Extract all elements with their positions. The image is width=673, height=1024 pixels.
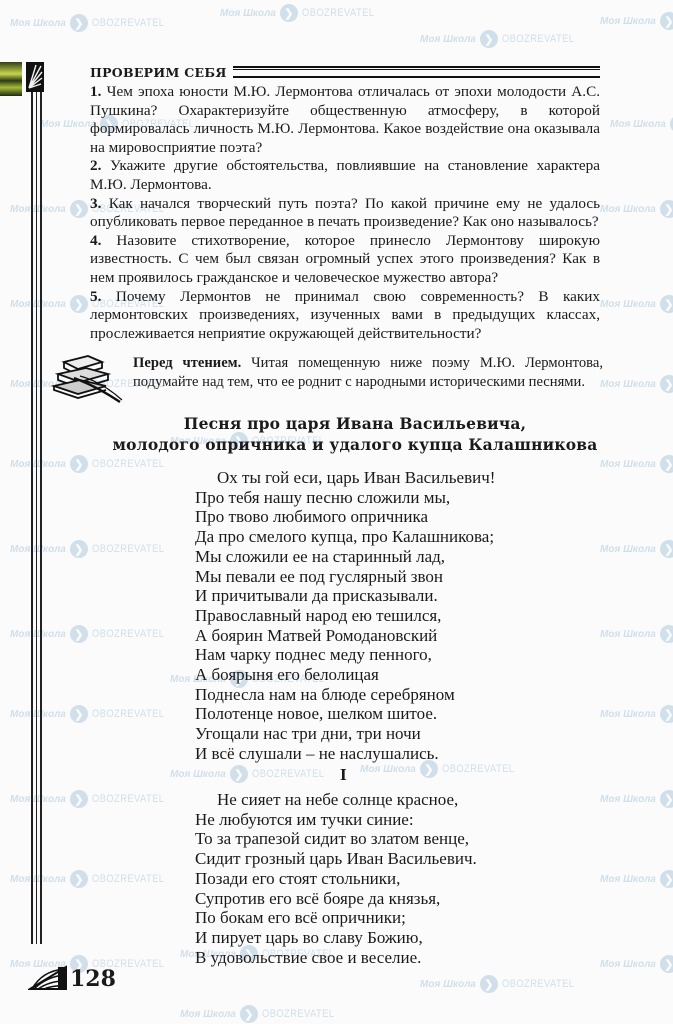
fan-ornament-bottom-icon — [28, 965, 68, 991]
watermark: Моя Школа❯OBOZREVATEL — [600, 295, 673, 313]
question-item: 4. Назовите стихотворение, которое прине… — [90, 232, 600, 288]
question-item: 2. Укажите другие обстоятельства, повлия… — [90, 157, 600, 194]
watermark-school-text: Моя Школа — [600, 204, 656, 215]
watermark-logo-icon: ❯ — [70, 790, 88, 808]
watermark-brand-text: OBOZREVATEL — [92, 873, 164, 885]
watermark-brand-text: OBOZREVATEL — [502, 33, 574, 45]
margin-rule — [40, 90, 42, 944]
green-margin-tab — [0, 62, 22, 96]
watermark: Моя Школа❯OBOZREVATEL — [10, 14, 177, 32]
watermark-brand-text: OBOZREVATEL — [92, 543, 164, 555]
poem-line: Мы певали ее под гуслярный звон — [195, 567, 495, 587]
watermark-school-text: Моя Школа — [600, 709, 656, 720]
watermark-school-text: Моя Школа — [610, 119, 666, 130]
watermark-logo-icon: ❯ — [70, 455, 88, 473]
watermark: Моя Школа❯OBOZREVATEL — [600, 540, 673, 558]
section-title: ПРОВЕРИМ СЕБЯ — [90, 65, 233, 80]
watermark-school-text: Моя Школа — [600, 629, 656, 640]
poem-line: Позади его стоят стольники, — [195, 869, 477, 889]
poem-line: По бокам его всё опричники; — [195, 908, 477, 928]
poem-line: Не сияет на небе солнце красное, — [195, 790, 477, 810]
watermark-brand-text: OBOZREVATEL — [92, 458, 164, 470]
watermark-logo-icon: ❯ — [70, 625, 88, 643]
watermark-school-text: Моя Школа — [10, 794, 66, 805]
poem-line: И пирует царь во славу Божию, — [195, 928, 477, 948]
watermark-logo-icon: ❯ — [660, 870, 673, 888]
watermark-school-text: Моя Школа — [220, 8, 276, 19]
books-quill-icon — [50, 352, 128, 404]
watermark: Моя Школа❯OBOZREVATEL — [600, 955, 673, 973]
margin-rule — [36, 90, 37, 944]
watermark-logo-icon: ❯ — [230, 765, 248, 783]
watermark-brand-text: OBOZREVATEL — [92, 17, 164, 29]
watermark: Моя Школа❯OBOZREVATEL — [170, 765, 337, 783]
poem-line: Поднесла нам на блюде серебряном — [195, 685, 495, 705]
poem-line: Нам чарку поднес меду пенного, — [195, 645, 495, 665]
watermark: Моя Школа❯OBOZREVATEL — [600, 870, 673, 888]
watermark-school-text: Моя Школа — [10, 18, 66, 29]
poem-line: Не любуются им тучки синие: — [195, 810, 477, 830]
poem-line: А боярин Матвей Ромодановский — [195, 626, 495, 646]
watermark-logo-icon: ❯ — [660, 625, 673, 643]
poem-line: И всё слушали – не наслушались. — [195, 744, 495, 764]
poem-line: Полотенце новое, шелком шитое. — [195, 704, 495, 724]
watermark-school-text: Моя Школа — [170, 769, 226, 780]
watermark-brand-text: OBOZREVATEL — [262, 1008, 334, 1020]
watermark-school-text: Моя Школа — [10, 874, 66, 885]
watermark-logo-icon: ❯ — [660, 790, 673, 808]
watermark-logo-icon: ❯ — [70, 870, 88, 888]
watermark-school-text: Моя Школа — [10, 709, 66, 720]
watermark-logo-icon: ❯ — [480, 975, 498, 993]
poem-line: В удовольствие свое и веселие. — [195, 948, 477, 968]
poem-line: Ох ты гой еси, царь Иван Васильевич! — [195, 468, 495, 488]
watermark-logo-icon: ❯ — [280, 4, 298, 22]
watermark-school-text: Моя Школа — [180, 1009, 236, 1020]
watermark-school-text: Моя Школа — [420, 34, 476, 45]
question-item: 5. Почему Лермонтов не принимал свою сов… — [90, 288, 600, 344]
watermark: Моя Школа❯OBOZREVATEL — [600, 12, 673, 30]
margin-rule — [31, 90, 33, 944]
watermark-brand-text: OBOZREVATEL — [92, 793, 164, 805]
watermark-school-text: Моя Школа — [600, 16, 656, 27]
question-item: 3. Как начался творческий путь поэта? По… — [90, 195, 600, 232]
watermark-school-text: Моя Школа — [10, 459, 66, 470]
poem-line: Мы сложили ее на старинный лад, — [195, 547, 495, 567]
fan-ornament-icon — [26, 62, 44, 92]
watermark: Моя Школа❯OBOZREVATEL — [600, 200, 673, 218]
poem-part1-stanza: Не сияет на небе солнце красное,Не любую… — [195, 790, 477, 967]
poem-title-line-1: Песня про царя Ивана Васильевича, — [90, 413, 620, 434]
watermark-logo-icon: ❯ — [660, 540, 673, 558]
watermark-brand-text: OBOZREVATEL — [92, 708, 164, 720]
poem-line: Угощали нас три дни, три ночи — [195, 724, 495, 744]
watermark: Моя Школа❯OBOZREVATEL — [600, 455, 673, 473]
watermark-logo-icon: ❯ — [70, 295, 88, 313]
before-reading-label: Перед чтением. — [133, 355, 241, 371]
watermark-brand-text: OBOZREVATEL — [502, 978, 574, 990]
watermark-brand-text: OBOZREVATEL — [302, 7, 374, 19]
poem-line: И причитывали да присказывали. — [195, 586, 495, 606]
watermark-brand-text: OBOZREVATEL — [92, 628, 164, 640]
watermark-school-text: Моя Школа — [10, 299, 66, 310]
watermark-school-text: Моя Школа — [420, 979, 476, 990]
watermark-school-text: Моя Школа — [600, 459, 656, 470]
watermark-school-text: Моя Школа — [600, 959, 656, 970]
poem-line: Супротив его всё бояре да князья, — [195, 889, 477, 909]
watermark-logo-icon: ❯ — [70, 14, 88, 32]
poem-title-line-2: молодого опричника и удалого купца Калаш… — [90, 434, 620, 455]
watermark-school-text: Моя Школа — [40, 119, 96, 130]
watermark-school-text: Моя Школа — [600, 379, 656, 390]
watermark: Моя Школа❯OBOZREVATEL — [600, 790, 673, 808]
heading-rule — [233, 66, 600, 78]
poem-line: Сидит грозный царь Иван Васильевич. — [195, 849, 477, 869]
questions-list: 1. Чем эпоха юности М.Ю. Лермонтова отли… — [90, 83, 600, 343]
part-numeral: I — [340, 765, 347, 785]
watermark-school-text: Моя Школа — [600, 874, 656, 885]
watermark: Моя Школа❯OBOZREVATEL — [610, 115, 673, 133]
poem-line: Про тебя нашу песню сложили мы, — [195, 488, 495, 508]
watermark-school-text: Моя Школа — [10, 204, 66, 215]
watermark-logo-icon: ❯ — [660, 955, 673, 973]
watermark-logo-icon: ❯ — [70, 200, 88, 218]
watermark: Моя Школа❯OBOZREVATEL — [180, 1005, 347, 1023]
watermark-school-text: Моя Школа — [600, 299, 656, 310]
watermark-brand-text: OBOZREVATEL — [252, 768, 324, 780]
watermark: Моя Школа❯OBOZREVATEL — [220, 4, 387, 22]
watermark: Моя Школа❯OBOZREVATEL — [600, 625, 673, 643]
poem-line: Православный народ ею тешился, — [195, 606, 495, 626]
section-heading: ПРОВЕРИМ СЕБЯ — [90, 64, 600, 80]
watermark-school-text: Моя Школа — [600, 794, 656, 805]
poem-line: Про твово любимого опричника — [195, 507, 495, 527]
poem-intro-stanza: Ох ты гой еси, царь Иван Васильевич!Про … — [195, 468, 495, 764]
watermark-logo-icon: ❯ — [70, 540, 88, 558]
watermark: Моя Школа❯OBOZREVATEL — [420, 30, 587, 48]
watermark-logo-icon: ❯ — [480, 30, 498, 48]
watermark-logo-icon: ❯ — [660, 705, 673, 723]
poem-line: То за трапезой сидит во златом венце, — [195, 829, 477, 849]
watermark: Моя Школа❯OBOZREVATEL — [420, 975, 587, 993]
poem-line: Да про смелого купца, про Калашникова; — [195, 527, 495, 547]
question-item: 1. Чем эпоха юности М.Ю. Лермонтова отли… — [90, 83, 600, 157]
watermark: Моя Школа❯OBOZREVATEL — [600, 705, 673, 723]
watermark-brand-text: OBOZREVATEL — [442, 763, 514, 775]
poem-title: Песня про царя Ивана Васильевича, молодо… — [90, 413, 620, 455]
watermark-logo-icon: ❯ — [660, 12, 673, 30]
poem-line: А боярыня его белолицая — [195, 665, 495, 685]
watermark-logo-icon: ❯ — [660, 375, 673, 393]
watermark-school-text: Моя Школа — [600, 544, 656, 555]
watermark: Моя Школа❯OBOZREVATEL — [600, 375, 673, 393]
page-number: 128 — [70, 966, 116, 992]
watermark-school-text: Моя Школа — [360, 764, 416, 775]
watermark-logo-icon: ❯ — [660, 295, 673, 313]
watermark-logo-icon: ❯ — [660, 455, 673, 473]
watermark-logo-icon: ❯ — [240, 1005, 258, 1023]
watermark-logo-icon: ❯ — [70, 705, 88, 723]
watermark-logo-icon: ❯ — [660, 200, 673, 218]
watermark-school-text: Моя Школа — [10, 544, 66, 555]
before-reading-note: Перед чтением. Читая помещенную ниже поэ… — [133, 354, 603, 392]
watermark-school-text: Моя Школа — [10, 629, 66, 640]
